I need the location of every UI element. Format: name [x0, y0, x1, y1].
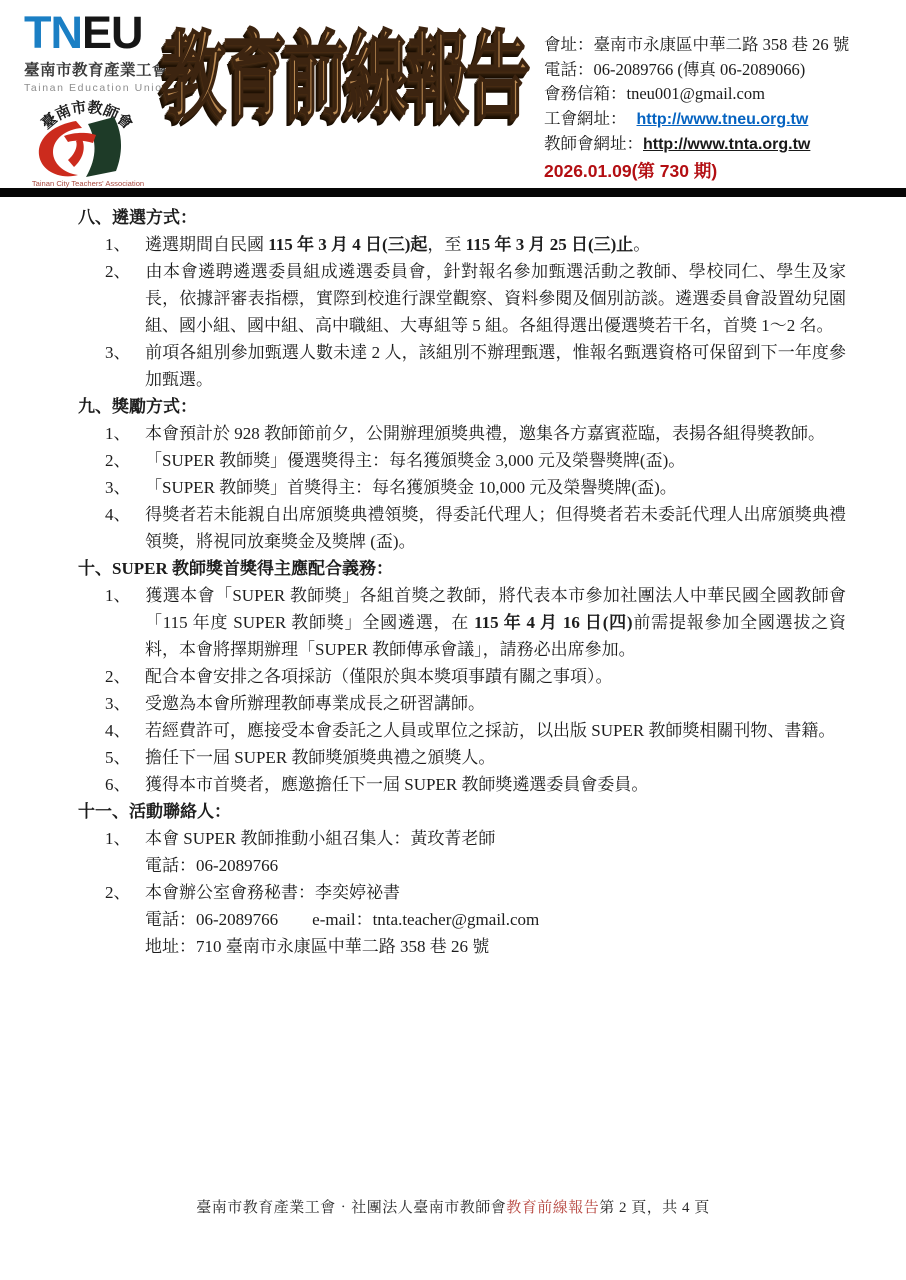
item-text: 獲得本市首獎者，應邀擔任下一屆 SUPER 教師獎遴選委員會委員。	[145, 775, 648, 794]
contact-address: 會址：臺南市永康區中華二路 358 巷 26 號	[544, 33, 904, 58]
list-item: 1、遴選期間自民國 115 年 3 月 4 日(三)起，至 115 年 3 月 …	[78, 231, 846, 258]
list-item: 5、擔任下一屆 SUPER 教師獎頒獎典禮之頒獎人。	[78, 744, 846, 771]
item-text: 若經費許可，應接受本會委託之人員或單位之採訪，以出版 SUPER 教師獎相關刊物…	[145, 721, 835, 740]
tneu-wordmark-tn: TN	[24, 7, 82, 58]
association-flag-shape	[86, 117, 121, 177]
section-heading: 十一、活動聯絡人：	[78, 798, 846, 825]
header-divider	[0, 188, 906, 197]
teachers-association-logo: 臺南市教師會 Tainan City Teachers' Association	[14, 94, 160, 188]
item-number: 6、	[78, 771, 145, 798]
item-number: 2、	[78, 447, 145, 474]
association-arc-text: 臺南市教師會	[38, 98, 137, 133]
union-website-link[interactable]: http://www.tneu.org.tw	[637, 111, 809, 128]
list-item: 2、本會辦公室會務秘書：李奕婷祕書電話：06-2089766 e-mail：tn…	[78, 879, 846, 960]
list-item: 6、獲得本市首獎者，應邀擔任下一屆 SUPER 教師獎遴選委員會委員。	[78, 771, 846, 798]
item-number: 3、	[78, 690, 145, 717]
item-number: 2、	[78, 879, 145, 906]
footer-page-info: 第 2 頁，共 4 頁	[599, 1200, 710, 1216]
union-site-label: 工會網址：	[544, 109, 627, 128]
list-item: 3、「SUPER 教師獎」首獎得主：每名獲頒獎金 10,000 元及榮譽獎牌(盃…	[78, 474, 846, 501]
item-number: 3、	[78, 339, 145, 366]
document-body: 八、遴選方式：1、遴選期間自民國 115 年 3 月 4 日(三)起，至 115…	[78, 204, 846, 960]
section: 八、遴選方式：1、遴選期間自民國 115 年 3 月 4 日(三)起，至 115…	[78, 204, 846, 393]
footer-org: 臺南市教育產業工會‧社團法人臺南市教師會	[196, 1200, 506, 1216]
page-footer: 臺南市教育產業工會‧社團法人臺南市教師會教育前線報告第 2 頁，共 4 頁	[0, 1196, 906, 1217]
svg-text:臺南市教師會: 臺南市教師會	[38, 98, 137, 133]
contact-info: 會址：臺南市永康區中華二路 358 巷 26 號 電話：06-2089766 (…	[544, 33, 904, 183]
item-text: 由本會遴聘遴選委員組成遴選委員會，針對報名參加甄選活動之教師、學校同仁、學生及家…	[145, 262, 846, 335]
contact-assoc-site: 教師會網址：http://www.tnta.org.tw	[544, 132, 904, 158]
association-swoosh-shape	[39, 121, 82, 176]
item-text: 擔任下一屆 SUPER 教師獎頒獎典禮之頒獎人。	[145, 748, 495, 767]
item-number: 1、	[78, 420, 145, 447]
sub-line: 電話：06-2089766 e-mail：tnta.teacher@gmail.…	[145, 906, 846, 933]
item-number: 2、	[78, 258, 145, 285]
tneu-logo: TNEU 臺南市教育產業工會 Tainan Education Union	[24, 10, 174, 94]
item-number: 1、	[78, 231, 145, 258]
association-emblem-icon: 臺南市教師會 Tainan City Teachers' Association	[14, 94, 160, 188]
section: 十、SUPER 教師獎首獎得主應配合義務：1、獲選本會「SUPER 教師獎」各組…	[78, 555, 846, 798]
section-heading: 九、獎勵方式：	[78, 393, 846, 420]
list-item: 2、由本會遴聘遴選委員組成遴選委員會，針對報名參加甄選活動之教師、學校同仁、學生…	[78, 258, 846, 339]
address-value: 臺南市永康區中華二路 358 巷 26 號	[594, 35, 850, 54]
union-name-en: Tainan Education Union	[24, 82, 174, 94]
list-item: 3、受邀為本會所辦理教師專業成長之研習講師。	[78, 690, 846, 717]
section-heading: 八、遴選方式：	[78, 204, 846, 231]
list-item: 4、得獎者若未能親自出席頒獎典禮領獎，得委託代理人；但得獎者若未委託代理人出席頒…	[78, 501, 846, 555]
list-item: 3、前項各組別參加甄選人數未達 2 人，該組別不辦理甄選，惟報名甄選資格可保留到…	[78, 339, 846, 393]
list-item: 1、本會 SUPER 教師推動小組召集人：黃玫菁老師電話：06-2089766	[78, 825, 846, 879]
item-text: 受邀為本會所辦理教師專業成長之研習講師。	[145, 694, 485, 713]
phone-value: 06-2089766 (傳真 06-2089066)	[594, 60, 806, 79]
item-text: 前項各組別參加甄選人數未達 2 人，該組別不辦理甄選，惟報名甄選資格可保留到下一…	[145, 343, 846, 389]
email-value: tneu001@gmail.com	[627, 84, 765, 103]
item-number: 4、	[78, 717, 145, 744]
item-text: 本會辦公室會務秘書：李奕婷祕書	[145, 883, 400, 902]
list-item: 1、本會預計於 928 教師節前夕，公開辦理頒獎典禮，邀集各方嘉賓蒞臨，表揚各組…	[78, 420, 846, 447]
assoc-site-label: 教師會網址：	[544, 134, 643, 153]
item-number: 5、	[78, 744, 145, 771]
section-heading: 十、SUPER 教師獎首獎得主應配合義務：	[78, 555, 846, 582]
list-item: 1、獲選本會「SUPER 教師獎」各組首獎之教師，將代表本市參加社團法人中華民國…	[78, 582, 846, 663]
item-text: 本會預計於 928 教師節前夕，公開辦理頒獎典禮，邀集各方嘉賓蒞臨，表揚各組得獎…	[145, 424, 825, 443]
association-caption: Tainan City Teachers' Association	[32, 179, 144, 188]
issue-date: 2026.01.09(第 730 期)	[544, 159, 904, 184]
item-text: 得獎者若未能親自出席頒獎典禮領獎，得委託代理人；但得獎者若未委託代理人出席頒獎典…	[145, 505, 846, 551]
item-text: 「SUPER 教師獎」首獎得主：每名獲頒獎金 10,000 元及榮譽獎牌(盃)。	[145, 478, 677, 497]
union-name-zh: 臺南市教育產業工會	[24, 58, 174, 80]
section: 九、獎勵方式：1、本會預計於 928 教師節前夕，公開辦理頒獎典禮，邀集各方嘉賓…	[78, 393, 846, 555]
item-text: 本會 SUPER 教師推動小組召集人：黃玫菁老師	[145, 829, 495, 848]
sub-line: 地址：710 臺南市永康區中華二路 358 巷 26 號	[145, 933, 846, 960]
item-number: 3、	[78, 474, 145, 501]
email-label: 會務信箱：	[544, 84, 627, 103]
list-item: 2、配合本會安排之各項採訪（僅限於與本獎項事蹟有關之事項）。	[78, 663, 846, 690]
item-number: 4、	[78, 501, 145, 528]
sub-line: 電話：06-2089766	[145, 852, 846, 879]
item-number: 1、	[78, 825, 145, 852]
item-number: 1、	[78, 582, 145, 609]
list-item: 2、「SUPER 教師獎」優選獎得主：每名獲頒獎金 3,000 元及榮譽獎牌(盃…	[78, 447, 846, 474]
address-label: 會址：	[544, 35, 594, 54]
contact-email: 會務信箱：tneu001@gmail.com	[544, 82, 904, 107]
item-text: 「SUPER 教師獎」優選獎得主：每名獲頒獎金 3,000 元及榮譽獎牌(盃)。	[145, 451, 685, 470]
section: 十一、活動聯絡人：1、本會 SUPER 教師推動小組召集人：黃玫菁老師電話：06…	[78, 798, 846, 960]
tneu-wordmark-eu: EU	[82, 7, 143, 58]
phone-label: 電話：	[544, 60, 594, 79]
item-number: 2、	[78, 663, 145, 690]
contact-union-site: 工會網址：http://www.tneu.org.tw	[544, 107, 904, 133]
association-website-link[interactable]: http://www.tnta.org.tw	[643, 136, 810, 153]
list-item: 4、若經費許可，應接受本會委託之人員或單位之採訪，以出版 SUPER 教師獎相關…	[78, 717, 846, 744]
item-text: 遴選期間自民國 115 年 3 月 4 日(三)起，至 115 年 3 月 25…	[145, 235, 650, 254]
newsletter-page: TNEU 臺南市教育產業工會 Tainan Education Union 臺南…	[0, 0, 906, 1280]
item-text: 獲選本會「SUPER 教師獎」各組首獎之教師，將代表本市參加社團法人中華民國全國…	[145, 586, 846, 659]
item-text: 配合本會安排之各項採訪（僅限於與本獎項事蹟有關之事項）。	[145, 667, 613, 686]
contact-phone: 電話：06-2089766 (傳真 06-2089066)	[544, 58, 904, 83]
masthead-title: 教育前線報告	[162, 30, 528, 126]
footer-newsletter-name: 教育前線報告	[506, 1200, 599, 1216]
tneu-wordmark: TNEU	[24, 10, 174, 56]
